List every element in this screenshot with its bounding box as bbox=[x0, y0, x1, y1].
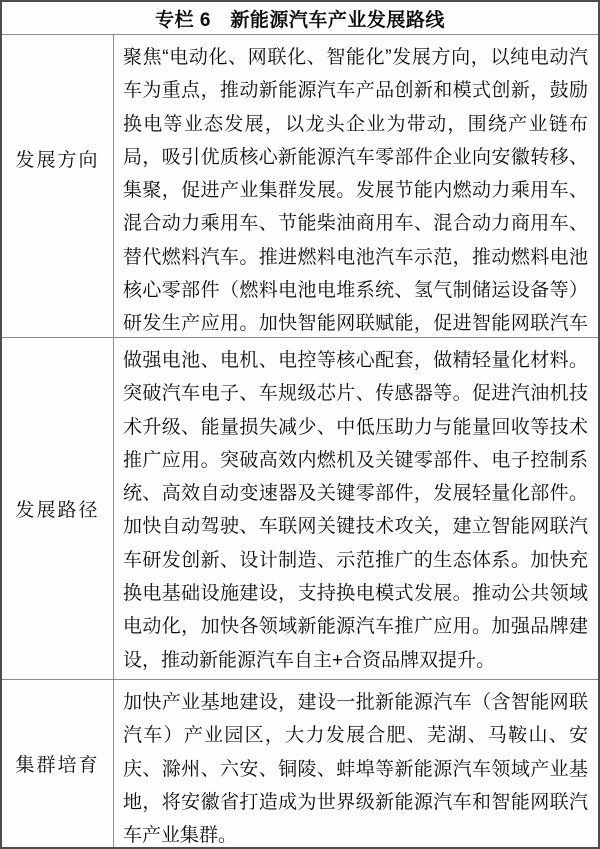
roadmap-table: 专栏 6 新能源汽车产业发展路线 发展方向 聚焦“电动化、网联化、智能化”发展方… bbox=[0, 0, 600, 849]
table-row-cluster-cultivation: 集群培育 加快产业基地建设，建设一批新能源汽车（含智能网联汽车）产业园区，大力发… bbox=[2, 680, 598, 847]
row-content-development-path: 做强电池、电机、电控等核心配套，做精轻量化材料。突破汽车电子、车规级芯片、传感器… bbox=[114, 338, 598, 679]
row-header-label: 发展方向 bbox=[15, 145, 99, 172]
row-header-label: 发展路径 bbox=[15, 495, 99, 522]
row-header-development-direction: 发展方向 bbox=[2, 35, 114, 337]
table-row-development-direction: 发展方向 聚焦“电动化、网联化、智能化”发展方向，以纯电动汽车为重点，推动新能源… bbox=[2, 35, 598, 338]
row-content-development-direction: 聚焦“电动化、网联化、智能化”发展方向，以纯电动汽车为重点，推动新能源汽车产品创… bbox=[114, 35, 598, 337]
row-header-label: 集群培育 bbox=[15, 750, 99, 777]
row-content-cluster-cultivation: 加快产业基地建设，建设一批新能源汽车（含智能网联汽车）产业园区，大力发展合肥、芜… bbox=[114, 680, 598, 847]
table-title: 专栏 6 新能源汽车产业发展路线 bbox=[2, 2, 598, 35]
row-header-development-path: 发展路径 bbox=[2, 338, 114, 679]
table-row-development-path: 发展路径 做强电池、电机、电控等核心配套，做精轻量化材料。突破汽车电子、车规级芯… bbox=[2, 338, 598, 680]
row-header-cluster-cultivation: 集群培育 bbox=[2, 680, 114, 847]
